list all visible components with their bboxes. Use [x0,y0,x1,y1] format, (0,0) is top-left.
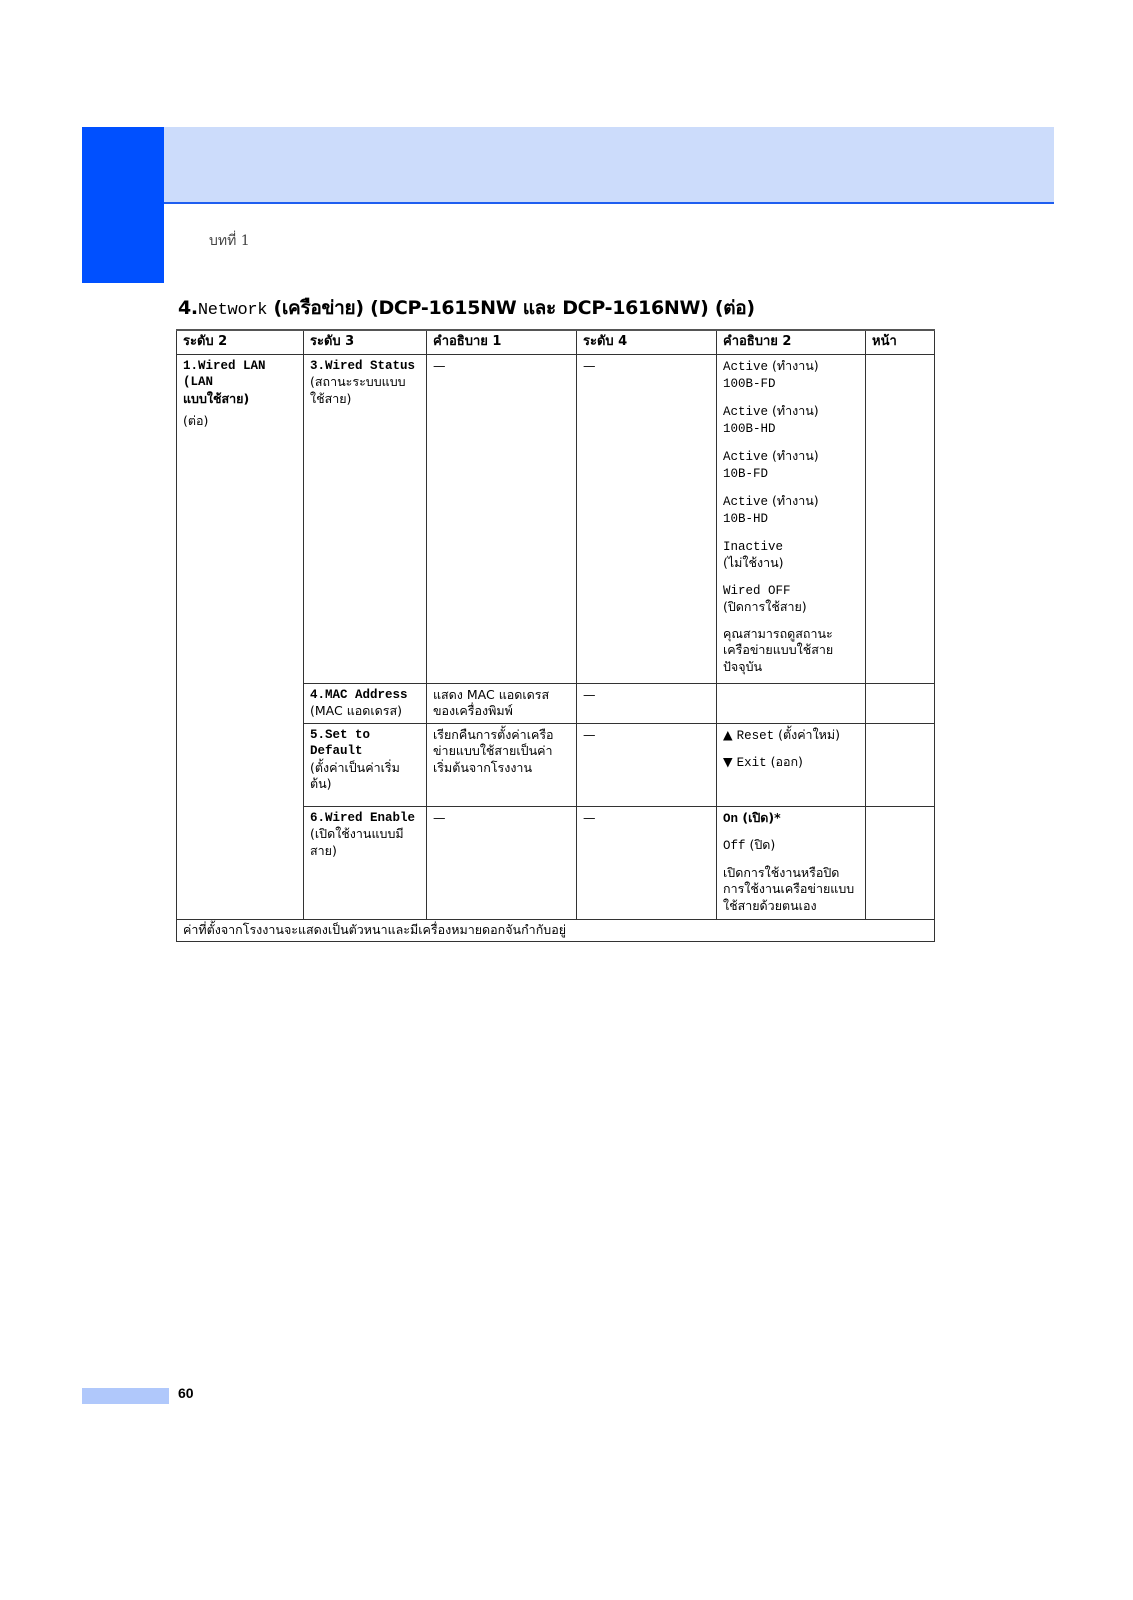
option-item-default: On (เปิด)* [723,810,859,828]
footnote: ค่าที่ตั้งจากโรงงานจะแสดงเป็นตัวหนาและมี… [177,919,935,941]
level3-thai: (MAC แอดเดรส) [310,703,420,720]
option-item: Off (ปิด) [723,837,859,855]
desc2-cell [717,683,866,723]
menu-table: ระดับ 2 ระดับ 3 คำอธิบาย 1 ระดับ 4 คำอธิ… [176,329,935,942]
desc2-cell: On (เปิด)* Off (ปิด) เปิดการใช้งานหรือปิ… [717,806,866,919]
option-item: Active (ทำงาน)100B-FD [723,358,859,393]
level3-mono: 5.Set to Default [310,727,420,760]
footer-bar [82,1388,169,1404]
option-item: Active (ทำงาน)10B-FD [723,448,859,483]
option-note: เปิดการใช้งานหรือปิดการใช้งานเครือข่ายแบ… [723,865,859,915]
down-arrow-icon: ▼ [723,754,733,769]
desc1-cell: แสดง MAC แอดเดรสของเครื่องพิมพ์ [427,683,577,723]
section-number: 4. [178,297,198,319]
level3-cell: 5.Set to Default (ตั้งค่าเป็นค่าเริ่มต้น… [304,723,427,806]
level3-thai: (เปิดใช้งานแบบมีสาย) [310,826,420,859]
page-cell [866,683,935,723]
page-number: 60 [178,1385,194,1401]
section-title-rest: (เครือข่าย) (DCP-1615NW และ DCP-1616NW) … [267,297,755,319]
level2-cell: 1.Wired LAN (LAN แบบใช้สาย) (ต่อ) [177,354,304,919]
option-item: Wired OFF(ปิดการใช้สาย) [723,582,859,616]
section-title: 4.Network (เครือข่าย) (DCP-1615NW และ DC… [178,293,755,323]
chapter-color-block [82,127,164,283]
page-cell [866,354,935,683]
column-header: ระดับ 3 [304,330,427,354]
level2-continued: (ต่อ) [183,413,297,430]
column-header: คำอธิบาย 2 [717,330,866,354]
option-item: ▲ Reset (ตั้งค่าใหม่) [723,727,859,745]
level4-cell: — [577,354,717,683]
level3-thai: (สถานะระบบแบบใช้สาย) [310,374,420,407]
column-header: ระดับ 4 [577,330,717,354]
page-cell [866,723,935,806]
level4-cell: — [577,806,717,919]
column-header: ระดับ 2 [177,330,304,354]
option-item: Active (ทำงาน)100B-HD [723,403,859,438]
level3-mono: 4.MAC Address [310,687,420,704]
level3-thai: (ตั้งค่าเป็นค่าเริ่มต้น) [310,760,420,793]
level3-cell: 6.Wired Enable (เปิดใช้งานแบบมีสาย) [304,806,427,919]
header-band [164,127,1054,204]
table-footnote-row: ค่าที่ตั้งจากโรงงานจะแสดงเป็นตัวหนาและมี… [177,919,935,941]
section-title-mono: Network [198,301,267,320]
level3-cell: 3.Wired Status (สถานะระบบแบบใช้สาย) [304,354,427,683]
option-item: Active (ทำงาน)10B-HD [723,493,859,528]
level3-mono: 6.Wired Enable [310,810,420,827]
page-cell [866,806,935,919]
level2-thai: แบบใช้สาย) [183,391,297,408]
desc1-cell: เรียกคืนการตั้งค่าเครือข่ายแบบใช้สายเป็น… [427,723,577,806]
desc2-cell: ▲ Reset (ตั้งค่าใหม่) ▼ Exit (ออก) [717,723,866,806]
table-header-row: ระดับ 2 ระดับ 3 คำอธิบาย 1 ระดับ 4 คำอธิ… [177,330,935,354]
desc2-cell: Active (ทำงาน)100B-FD Active (ทำงาน)100B… [717,354,866,683]
level2-mono: 1.Wired LAN [183,358,297,375]
chapter-label: บทที่ 1 [209,230,250,252]
up-arrow-icon: ▲ [723,727,733,742]
level3-cell: 4.MAC Address (MAC แอดเดรส) [304,683,427,723]
desc1-cell: — [427,806,577,919]
column-header: คำอธิบาย 1 [427,330,577,354]
level4-cell: — [577,723,717,806]
option-item: Inactive(ไม่ใช้งาน) [723,538,859,572]
desc1-cell: — [427,354,577,683]
option-item: ▼ Exit (ออก) [723,754,859,772]
option-note: คุณสามารถดูสถานะเครือข่ายแบบใช้สายปัจจุบ… [723,626,859,676]
table-row: 1.Wired LAN (LAN แบบใช้สาย) (ต่อ) 3.Wire… [177,354,935,683]
column-header: หน้า [866,330,935,354]
level4-cell: — [577,683,717,723]
level2-mono2: (LAN [183,374,297,391]
level3-mono: 3.Wired Status [310,358,420,375]
